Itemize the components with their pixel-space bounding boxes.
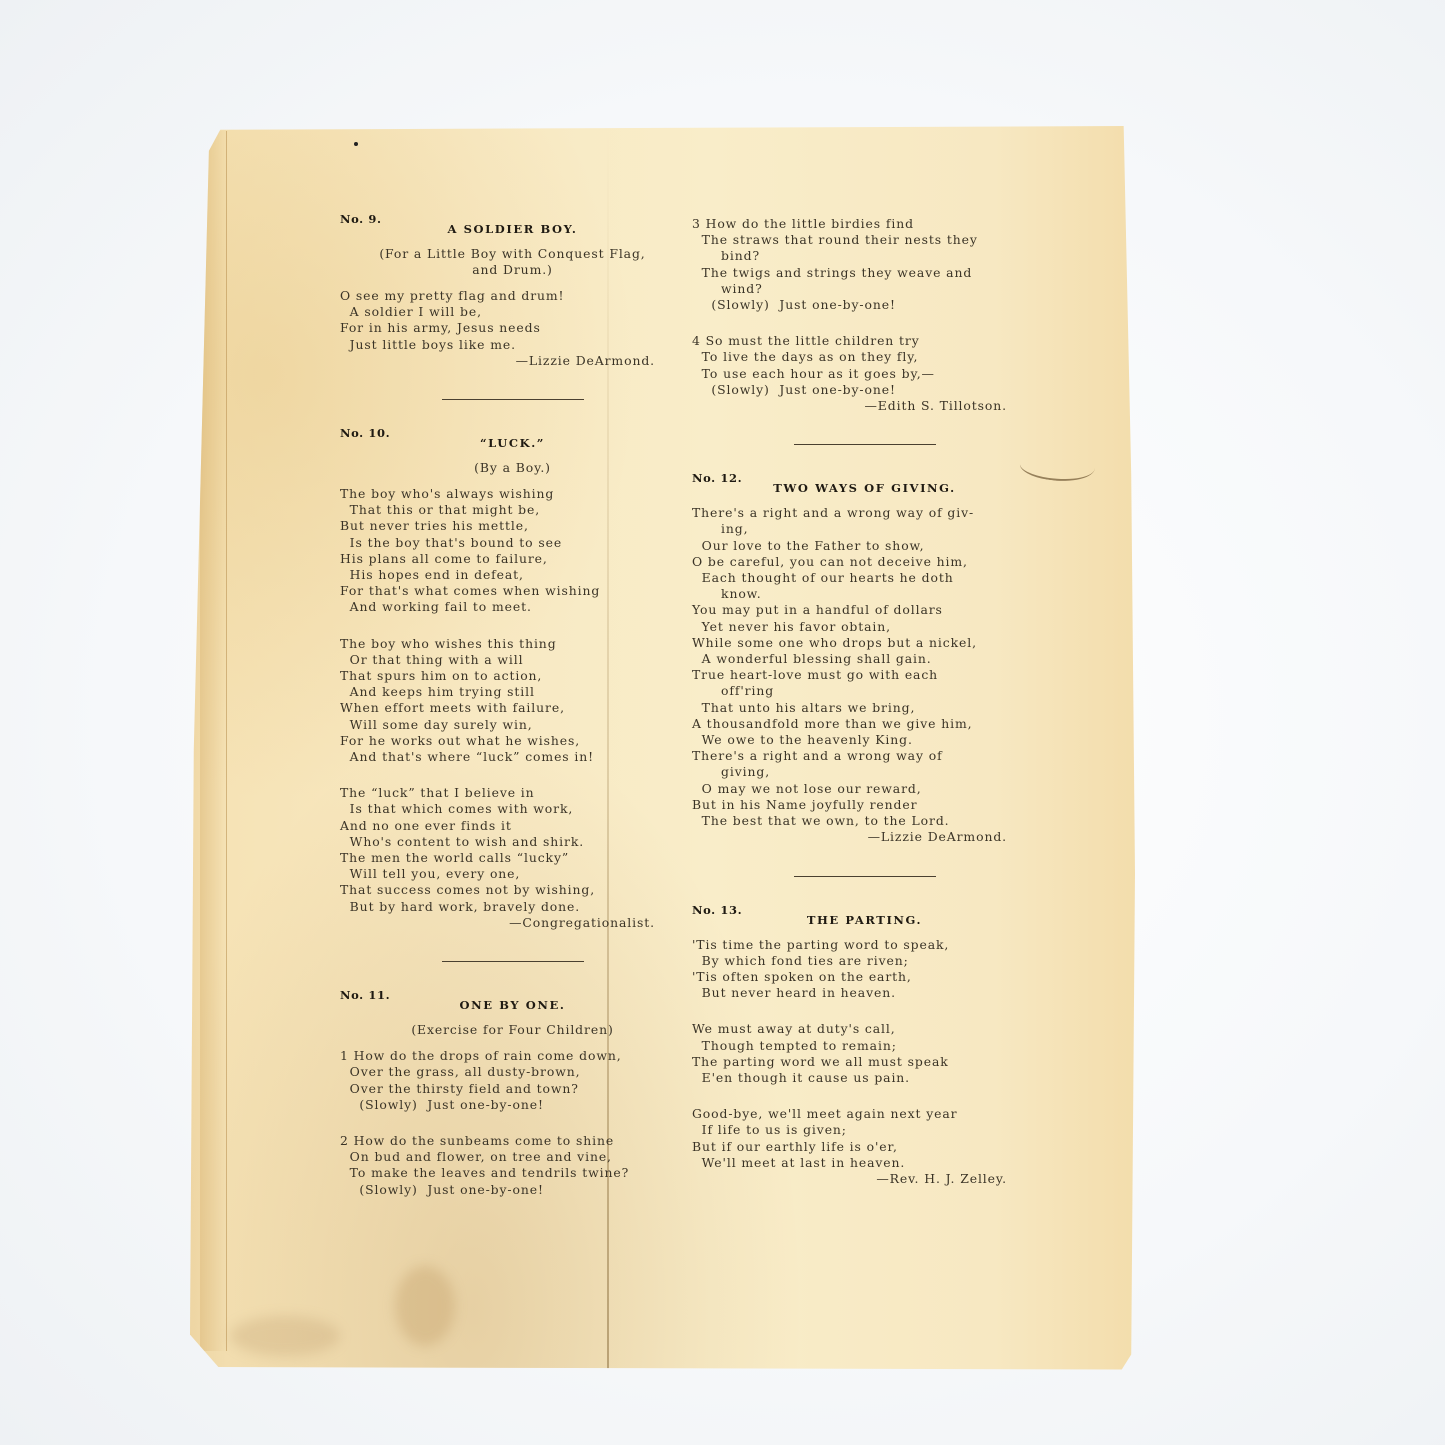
verse-line: His plans all come to failure, — [340, 551, 685, 567]
verse-line: off'ring — [692, 683, 1037, 699]
verse-line: And working fail to meet. — [340, 599, 685, 615]
poem-author: —Rev. H. J. Zelley. — [692, 1171, 1037, 1187]
left-column: No. 9.A SOLDIER BOY.(For a Little Boy wi… — [340, 212, 685, 1198]
verse-line: We must away at duty's call, — [692, 1021, 1037, 1037]
verse-line: 2 How do the sunbeams come to shine — [340, 1133, 685, 1149]
verse-line: For in his army, Jesus needs — [340, 320, 685, 336]
section-divider — [442, 961, 584, 962]
verse-line: Over the thirsty field and town? — [340, 1081, 685, 1097]
verse-line: Will some day surely win, — [340, 717, 685, 733]
verse-line: A wonderful blessing shall gain. — [692, 651, 1037, 667]
section-divider — [794, 876, 936, 877]
verse-line: Or that thing with a will — [340, 652, 685, 668]
verse-line: The men the world calls “lucky” — [340, 850, 685, 866]
verse-line: bind? — [692, 248, 1037, 264]
poem-section: 3 How do the little birdies find The str… — [692, 216, 1037, 414]
water-stain — [395, 1266, 455, 1346]
verse-line: Our love to the Father to show, — [692, 538, 1037, 554]
verse-line: 'Tis time the parting word to speak, — [692, 937, 1037, 953]
verse-line: The “luck” that I believe in — [340, 785, 685, 801]
verse-line: The boy who's always wishing — [340, 486, 685, 502]
verse-line: To make the leaves and tendrils twine? — [340, 1165, 685, 1181]
stanza: 3 How do the little birdies find The str… — [692, 216, 1037, 313]
right-column: 3 How do the little birdies find The str… — [692, 206, 1037, 1187]
verse-line: The parting word we all must speak — [692, 1054, 1037, 1070]
verse-line: On bud and flower, on tree and vine, — [340, 1149, 685, 1165]
verse-line: That this or that might be, — [340, 502, 685, 518]
verse-line: That success comes not by wishing, — [340, 882, 685, 898]
verse-line: wind? — [692, 281, 1037, 297]
verse-line: 3 How do the little birdies find — [692, 216, 1037, 232]
verse-line: Is that which comes with work, — [340, 801, 685, 817]
verse-line: (Slowly) Just one-by-one! — [692, 382, 1037, 398]
verse-line: That spurs him on to action, — [340, 668, 685, 684]
stanza: 4 So must the little children try To liv… — [692, 333, 1037, 398]
verse-line: If life to us is given; — [692, 1122, 1037, 1138]
poem-section: No. 11.ONE BY ONE.(Exercise for Four Chi… — [340, 961, 685, 1198]
verse-line: (Slowly) Just one-by-one! — [340, 1097, 685, 1113]
verse-line: E'en though it cause us pain. — [692, 1070, 1037, 1086]
poem-section: No. 12.TWO WAYS OF GIVING.There's a righ… — [692, 444, 1037, 845]
subtitle-line: (For a Little Boy with Conquest Flag, — [340, 246, 685, 262]
stanza: 'Tis time the parting word to speak, By … — [692, 937, 1037, 1002]
verse-line: You may put in a handful of dollars — [692, 602, 1037, 618]
verse-line: There's a right and a wrong way of giv- — [692, 505, 1037, 521]
verse-line: Will tell you, every one, — [340, 866, 685, 882]
poem-subtitle: (By a Boy.) — [340, 460, 685, 476]
verse-line: Yet never his favor obtain, — [692, 619, 1037, 635]
stanza: The boy who's always wishing That this o… — [340, 486, 685, 616]
verse-line: Good-bye, we'll meet again next year — [692, 1106, 1037, 1122]
poem-author: —Lizzie DeArmond. — [340, 353, 685, 369]
poem-author: —Congregationalist. — [340, 915, 685, 931]
verse-line: But never heard in heaven. — [692, 985, 1037, 1001]
stanza: There's a right and a wrong way of giv- … — [692, 505, 1037, 829]
verse-line: The best that we own, to the Lord. — [692, 813, 1037, 829]
verse-line: But in his Name joyfully render — [692, 797, 1037, 813]
verse-line: There's a right and a wrong way of — [692, 748, 1037, 764]
verse-line: Though tempted to remain; — [692, 1038, 1037, 1054]
stanza: The boy who wishes this thing Or that th… — [340, 636, 685, 766]
verse-line: O see my pretty flag and drum! — [340, 288, 685, 304]
edge-stain — [230, 1316, 340, 1356]
verse-line: A thousandfold more than we give him, — [692, 716, 1037, 732]
verse-line: And that's where “luck” comes in! — [340, 749, 685, 765]
verse-line: By which fond ties are riven; — [692, 953, 1037, 969]
verse-line: His hopes end in defeat, — [340, 567, 685, 583]
verse-line: 'Tis often spoken on the earth, — [692, 969, 1037, 985]
verse-line: Each thought of our hearts he doth — [692, 570, 1037, 586]
verse-line: But if our earthly life is o'er, — [692, 1139, 1037, 1155]
stanza: 1 How do the drops of rain come down, Ov… — [340, 1048, 685, 1113]
poem-title: “LUCK.” — [340, 436, 685, 450]
verse-line: For that's what comes when wishing — [340, 583, 685, 599]
verse-line: ing, — [692, 521, 1037, 537]
poem-author: —Edith S. Tillotson. — [692, 398, 1037, 414]
stanza: 2 How do the sunbeams come to shine On b… — [340, 1133, 685, 1198]
verse-line: 1 How do the drops of rain come down, — [340, 1048, 685, 1064]
verse-line: But by hard work, bravely done. — [340, 899, 685, 915]
verse-line: We owe to the heavenly King. — [692, 732, 1037, 748]
verse-line: O may we not lose our reward, — [692, 781, 1037, 797]
stanza: O see my pretty flag and drum! A soldier… — [340, 288, 685, 353]
verse-line: And keeps him trying still — [340, 684, 685, 700]
stanza: We must away at duty's call, Though temp… — [692, 1021, 1037, 1086]
verse-line: Just little boys like me. — [340, 337, 685, 353]
verse-line: We'll meet at last in heaven. — [692, 1155, 1037, 1171]
verse-line: A soldier I will be, — [340, 304, 685, 320]
verse-line: The twigs and strings they weave and — [692, 265, 1037, 281]
verse-line: (Slowly) Just one-by-one! — [692, 297, 1037, 313]
poem-title: A SOLDIER BOY. — [340, 222, 685, 236]
ink-speck — [354, 142, 358, 146]
verse-line: Over the grass, all dusty-brown, — [340, 1064, 685, 1080]
verse-line: While some one who drops but a nickel, — [692, 635, 1037, 651]
verse-line: True heart-love must go with each — [692, 667, 1037, 683]
verse-line: When effort meets with failure, — [340, 700, 685, 716]
subtitle-line: (Exercise for Four Children) — [340, 1022, 685, 1038]
verse-line: (Slowly) Just one-by-one! — [340, 1182, 685, 1198]
stanza: Good-bye, we'll meet again next year If … — [692, 1106, 1037, 1171]
verse-line: Who's content to wish and shirk. — [340, 834, 685, 850]
verse-line: The straws that round their nests they — [692, 232, 1037, 248]
verse-line: giving, — [692, 764, 1037, 780]
subtitle-line: (By a Boy.) — [340, 460, 685, 476]
page-edge-shadow — [200, 131, 227, 1351]
verse-line: To live the days as on they fly, — [692, 349, 1037, 365]
verse-line: Is the boy that's bound to see — [340, 535, 685, 551]
verse-line: O be careful, you can not deceive him, — [692, 554, 1037, 570]
verse-line: 4 So must the little children try — [692, 333, 1037, 349]
poem-title: THE PARTING. — [692, 913, 1037, 927]
section-divider — [442, 399, 584, 400]
verse-line: The boy who wishes this thing — [340, 636, 685, 652]
poem-section: No. 10.“LUCK.”(By a Boy.)The boy who's a… — [340, 399, 685, 931]
subtitle-line: and Drum.) — [340, 262, 685, 278]
poem-subtitle: (Exercise for Four Children) — [340, 1022, 685, 1038]
stanza: The “luck” that I believe in Is that whi… — [340, 785, 685, 915]
verse-line: To use each hour as it goes by,— — [692, 366, 1037, 382]
verse-line: But never tries his mettle, — [340, 518, 685, 534]
verse-line: And no one ever finds it — [340, 818, 685, 834]
poem-title: ONE BY ONE. — [340, 998, 685, 1012]
poem-author: —Lizzie DeArmond. — [692, 829, 1037, 845]
poem-title: TWO WAYS OF GIVING. — [692, 481, 1037, 495]
section-divider — [794, 444, 936, 445]
verse-line: For he works out what he wishes, — [340, 733, 685, 749]
poem-section: No. 13.THE PARTING.'Tis time the parting… — [692, 876, 1037, 1188]
verse-line: know. — [692, 586, 1037, 602]
poem-subtitle: (For a Little Boy with Conquest Flag,and… — [340, 246, 685, 278]
verse-line: That unto his altars we bring, — [692, 700, 1037, 716]
poem-section: No. 9.A SOLDIER BOY.(For a Little Boy wi… — [340, 212, 685, 369]
